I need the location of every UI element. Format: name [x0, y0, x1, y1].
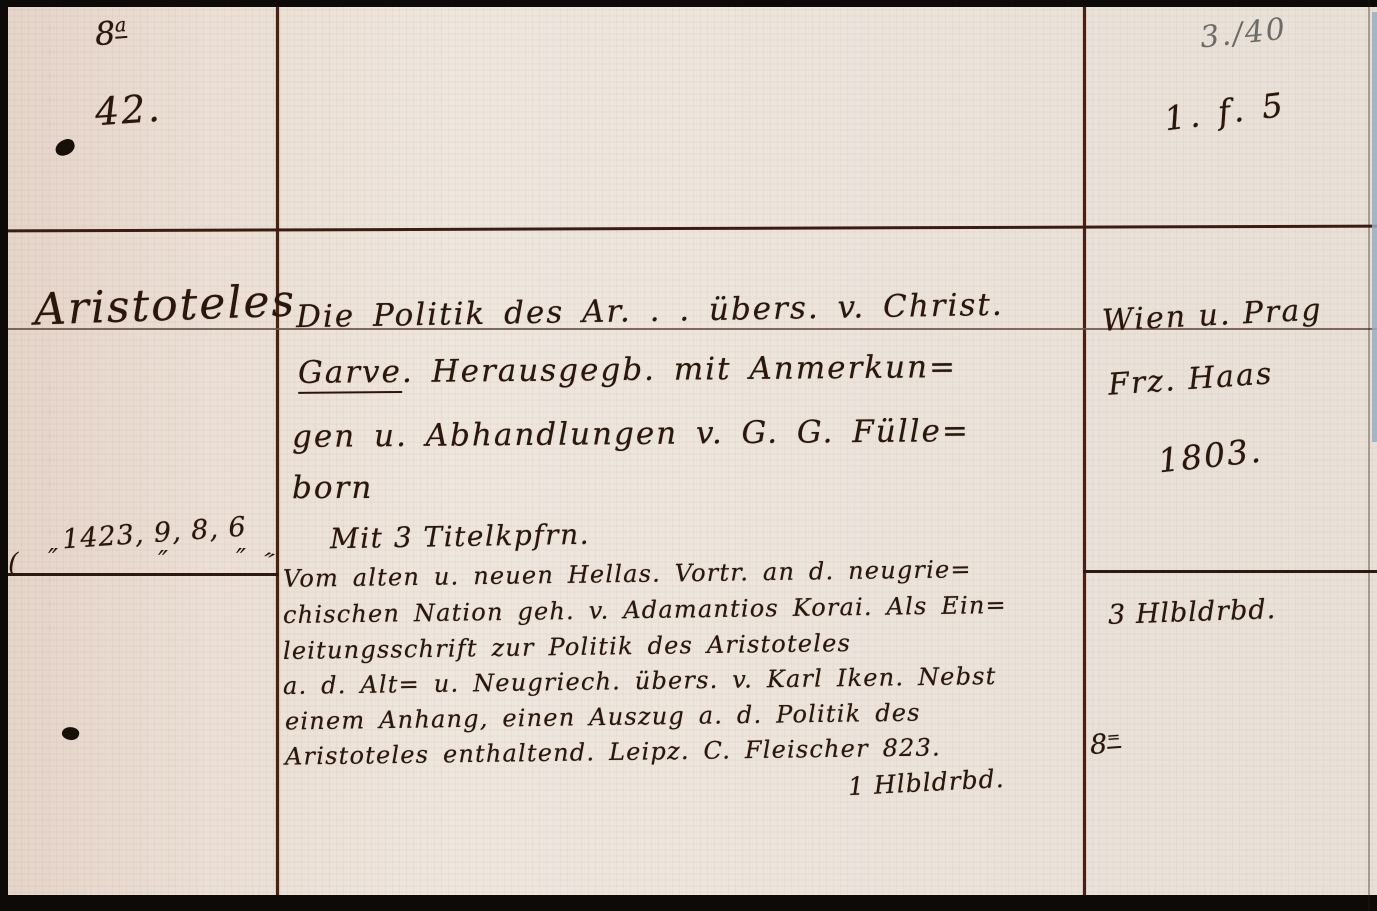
imprint-year: 1803. [1156, 431, 1264, 481]
note-format-sup: = [1106, 727, 1121, 749]
title-line-4: born [292, 470, 373, 506]
column-rule-right [1083, 7, 1086, 896]
translator-name: Garve [298, 354, 402, 394]
ditto-mark: ″ [236, 544, 246, 575]
ditto-mark: ″ [158, 546, 168, 577]
imprint-binding: 3 Hlbldrbd. [1108, 594, 1277, 631]
note-line-1: Vom alten u. neuen Hellas. Vortr. an d. … [283, 555, 972, 593]
note-line-6: Aristoteles enthaltend. Leipz. C. Fleisc… [285, 733, 941, 770]
note-binding: 1 Hlbldrbd. [847, 764, 1005, 801]
ink-blot [53, 137, 77, 158]
pencil-shelf-mark: 3./40 [1198, 12, 1288, 56]
title-line-3: gen u. Abhandlungen v. G. G. Fülle= [292, 413, 970, 455]
plates-note: Mit 3 Titelkpfrn. [330, 518, 591, 556]
imprint-place: Wien u. Prag [1101, 292, 1323, 338]
column-rule-left [276, 7, 279, 896]
note-line-2: chischen Nation geh. v. Adamantios Korai… [283, 591, 1007, 629]
note-format-mark: 8= [1089, 727, 1122, 761]
location-mark: 1. f. 5 [1162, 85, 1289, 139]
scan-edge-left [0, 0, 8, 911]
scan-edge-right [1368, 0, 1370, 911]
citation-numbers: 1423, 9, 8, 6 [61, 512, 247, 556]
header-rule [0, 225, 1377, 233]
ditto-mark: ″ [48, 544, 58, 575]
scan-edge-right-fringe [1372, 12, 1377, 442]
format-mark-sup: a [114, 13, 127, 39]
note-line-3: leitungsschrift zur Politik des Aristote… [283, 629, 851, 665]
catalog-card: 8a 42. 3./40 1. f. 5 Aristoteles 1423, 9… [0, 0, 1377, 911]
imprint-publisher: Frz. Haas [1107, 356, 1274, 402]
format-mark: 8a [94, 13, 128, 53]
note-line-5: einem Anhang, einen Auszug a. d. Politik… [285, 699, 921, 736]
note-line-4: a. d. Alt= u. Neugriech. übers. v. Karl … [283, 662, 997, 700]
title-line-2-rest: . Herausgegb. mit Anmerkun= [402, 349, 957, 390]
divider-rule-right-segment [1083, 570, 1377, 573]
ink-blot [61, 725, 81, 742]
accession-number: 42. [94, 86, 163, 135]
scan-edge-top [0, 0, 1377, 7]
author-name: Aristoteles [33, 275, 297, 335]
scan-edge-bottom [0, 895, 1377, 911]
title-line-2: Garve. Herausgegb. mit Anmerkun= [298, 349, 957, 391]
ditto-paren: ( [8, 548, 19, 579]
